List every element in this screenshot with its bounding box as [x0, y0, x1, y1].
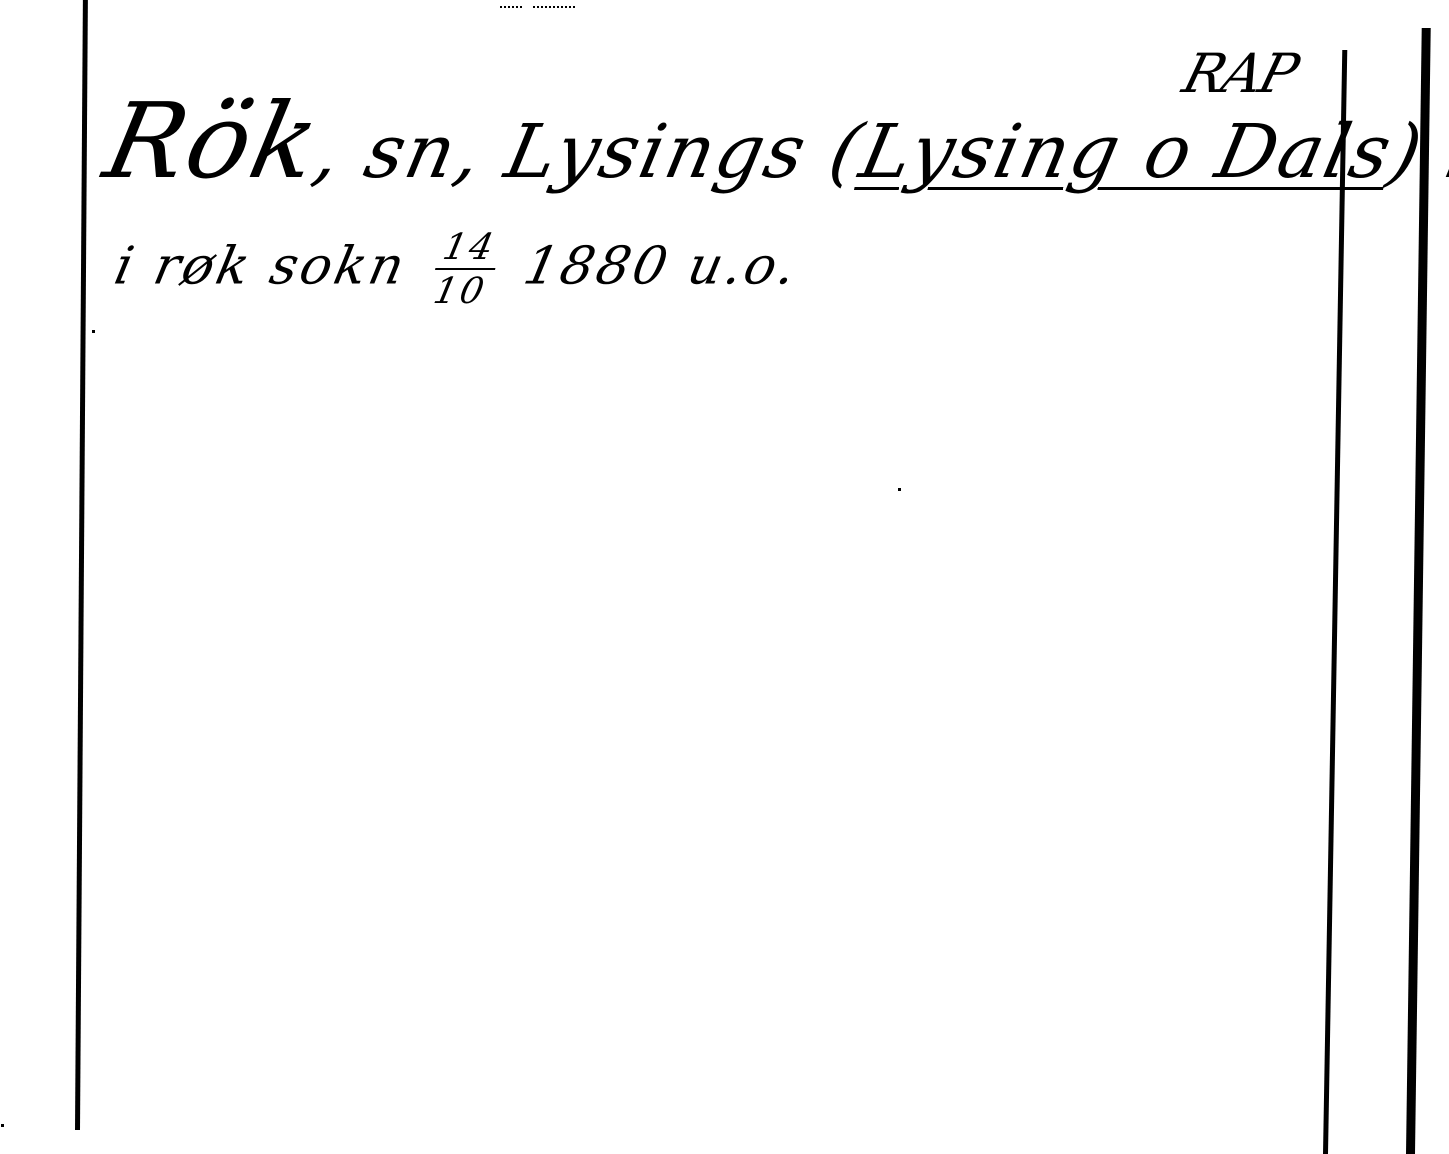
entry-heading-line: Rök, sn, Lysings (Lysing o Dals) hd, Ögl… [95, 80, 1449, 202]
note-suffix: u.o. [682, 237, 804, 297]
scan-speck [500, 6, 522, 8]
scan-speck [533, 6, 577, 8]
district-name: Lysings [498, 109, 815, 195]
date-month: 10 [430, 270, 490, 310]
date-year: 1880 [519, 237, 676, 297]
place-name: Rök [95, 80, 331, 202]
note-text: i røk sokn [109, 237, 412, 297]
card-left-rule [75, 0, 88, 1130]
card-margin-rule [1323, 50, 1347, 1154]
district-alt-name: Lysing o Dals [853, 109, 1400, 195]
scan-speck [898, 488, 901, 491]
archive-card: RAP Rök, sn, Lysings (Lysing o Dals) hd,… [0, 0, 1449, 1154]
entry-note-line: i røk sokn 14 10 1880 u.o. [106, 230, 805, 310]
scan-speck [92, 330, 95, 333]
date-day: 14 [435, 230, 503, 270]
date-fraction: 14 10 [426, 230, 503, 310]
scan-speck [1, 1124, 4, 1127]
